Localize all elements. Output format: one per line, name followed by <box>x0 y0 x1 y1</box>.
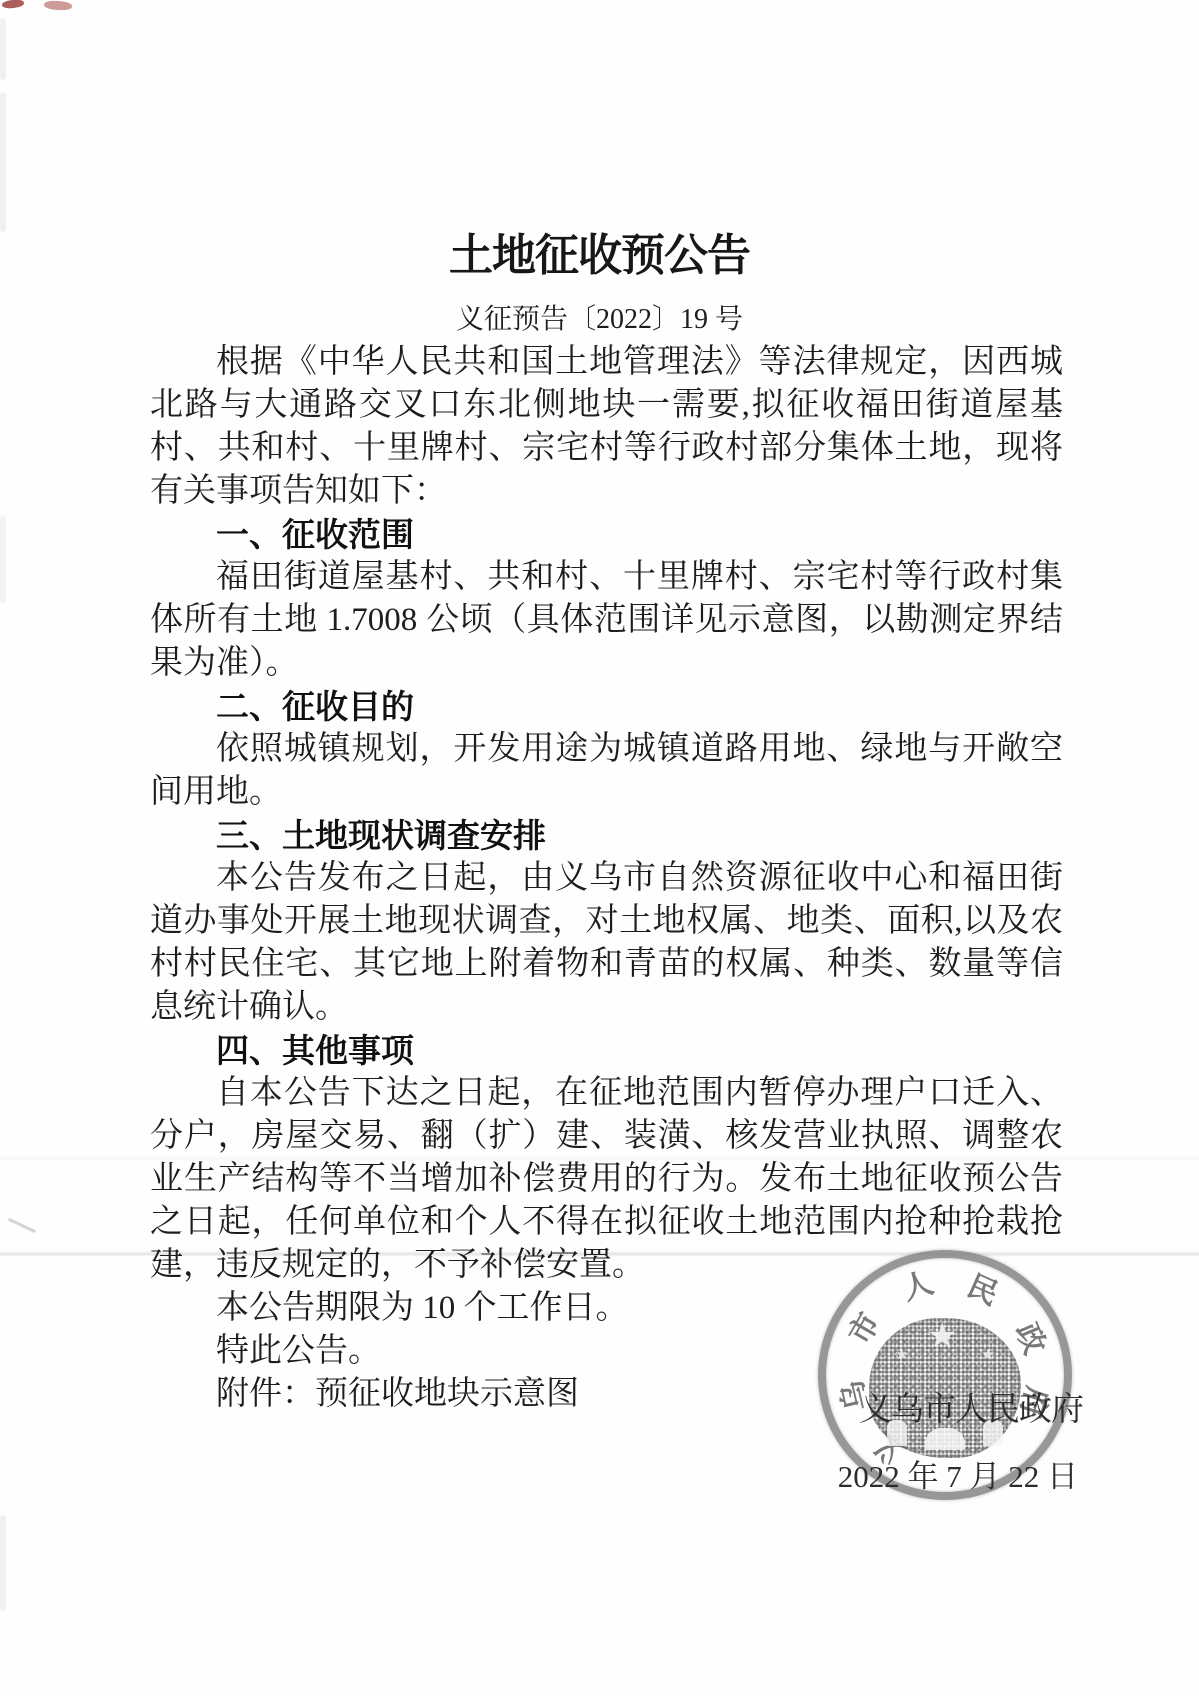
issue-date: 2022 年 7 月 22 日 <box>838 1451 1078 1496</box>
emblem-gate-shape <box>925 1428 965 1450</box>
section-heading-2: 二、征收目的 <box>150 685 1063 728</box>
section-heading-3: 三、土地现状调查安排 <box>150 814 1063 857</box>
body-paragraph-survey: 本公告发布之日起，由义乌市自然资源征收中心和福田街道办事处开展土地现状调查，对土… <box>150 857 1063 1029</box>
scan-smudge <box>8 1218 36 1233</box>
doc-number: 义征预告〔2022〕19 号 <box>0 297 1199 337</box>
document-body: 根据《中华人民共和国土地管理法》等法律规定，因西城北路与大通路交叉口东北侧地块一… <box>150 341 1063 1416</box>
scan-edge-streak <box>0 92 6 232</box>
scan-edge-streak <box>0 515 6 603</box>
scan-edge-streak <box>0 1515 6 1611</box>
section-heading-4: 四、其他事项 <box>150 1029 1063 1072</box>
body-paragraph-purpose: 依照城镇规划，开发用途为城镇道路用地、绿地与开敞空间用地。 <box>150 728 1063 814</box>
red-ink-speck <box>44 0 73 11</box>
red-ink-speck <box>2 0 25 9</box>
body-paragraph-intro: 根据《中华人民共和国土地管理法》等法律规定，因西城北路与大通路交叉口东北侧地块一… <box>150 341 1063 513</box>
page-title: 土地征收预公告 <box>0 219 1199 283</box>
body-paragraph-duration: 本公告期限为 10 个工作日。 <box>150 1287 1063 1330</box>
body-paragraph-scope: 福田街道屋基村、共和村、十里牌村、宗宅村等行政村集体所有土地 1.7008 公顷… <box>150 556 1063 685</box>
body-paragraph-closing: 特此公告。 <box>150 1330 1063 1373</box>
scan-edge-streak <box>0 18 6 80</box>
signature-government: 义乌市人民政府 <box>859 1383 1083 1430</box>
scanned-announcement-page: 义 乌 市 人 民 政 府 ★ ★ ★ 土地征收预公告 义征预告〔2022〕19… <box>0 0 1199 1696</box>
body-paragraph-other: 自本公告下达之日起，在征地范围内暂停办理户口迁入、分户，房屋交易、翻（扩）建、装… <box>150 1072 1063 1287</box>
section-heading-1: 一、征收范围 <box>150 513 1063 556</box>
